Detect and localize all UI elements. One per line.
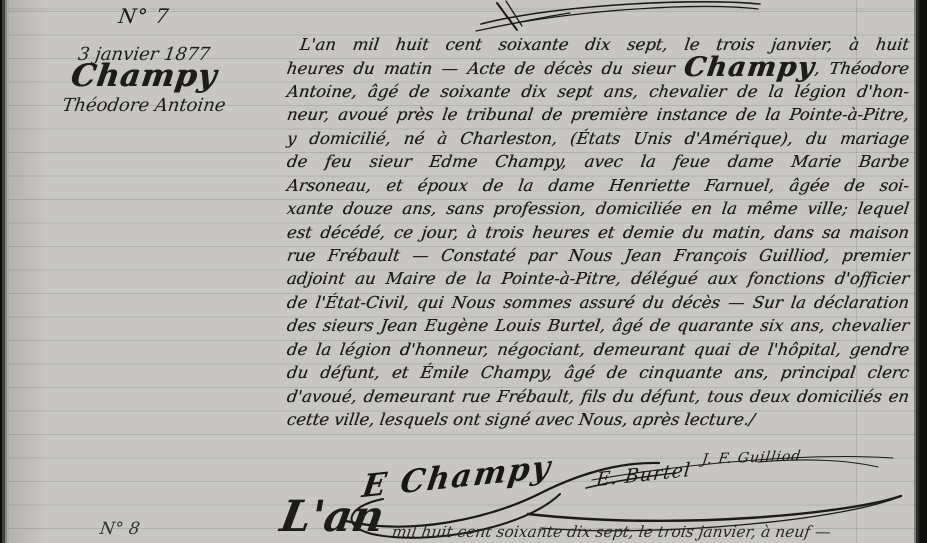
- act-line: Arsoneau, et époux de la dame Henriette …: [285, 174, 910, 197]
- signature-champy: E Champy: [360, 449, 554, 506]
- act-line: Antoine, âgé de soixante dix sept ans, c…: [285, 80, 910, 103]
- act-number: N° 7: [28, 4, 259, 28]
- book-binding-edge: [0, 0, 9, 543]
- act-line: neur, avoué près le tribunal de première…: [285, 103, 910, 126]
- act-line: de feu sieur Edme Champy, avec la feue d…: [285, 150, 910, 173]
- act-line: xante douze ans, sans profession, domici…: [285, 197, 910, 220]
- deceased-surname: Champy: [27, 58, 260, 94]
- act-line-text: heures du matin — Acte de décès du sieur: [286, 59, 686, 78]
- act-line: rue Frébault — Constaté par Nous Jean Fr…: [285, 244, 910, 267]
- act-line: adjoint au Maire de la Pointe-à-Pitre, d…: [285, 267, 910, 290]
- act-line: heures du matin — Acte de décès du sieur…: [285, 56, 910, 79]
- deceased-given-names: Théodore Antoine: [29, 95, 260, 116]
- adjacent-page-shadow: [912, 0, 927, 543]
- act-line: cette ville, lesquels ont signé avec Nou…: [285, 408, 910, 431]
- signature-burtel: E. Burtel: [595, 459, 692, 491]
- act-line: des sieurs Jean Eugène Louis Burtel, âgé…: [285, 314, 910, 337]
- next-act-opening-word: L'an: [277, 492, 388, 542]
- signature-burtel-flourish: [528, 457, 901, 531]
- next-act-partial-line: mil huit cent soixante dix sept, le troi…: [391, 523, 914, 541]
- act-line: de la légion d'honneur, négociant, demeu…: [285, 338, 910, 361]
- register-page-scan: N° 7 3 janvier 1877 Champy Théodore Anto…: [0, 0, 927, 543]
- act-line: d'avoué, demeurant rue Frébault, fils du…: [285, 385, 910, 408]
- act-line: est décédé, ce jour, à trois heures et d…: [285, 221, 910, 244]
- previous-entry-flourish: [476, 1, 760, 31]
- next-act-number: N° 8: [99, 519, 141, 539]
- act-line: du défunt, et Émile Champy, âgé de cinqu…: [285, 361, 910, 384]
- act-line: de l'État-Civil, qui Nous sommes assuré …: [285, 291, 910, 314]
- deceased-name-emphasis: Champy: [682, 52, 817, 83]
- act-line: y domicilié, né à Charleston, (États Uni…: [285, 127, 910, 150]
- act-body: L'an mil huit cent soixante dix sept, le…: [287, 33, 909, 431]
- act-line-text: , Théodore: [813, 59, 910, 78]
- signature-guilliod: J. F. Guilliod: [701, 448, 803, 468]
